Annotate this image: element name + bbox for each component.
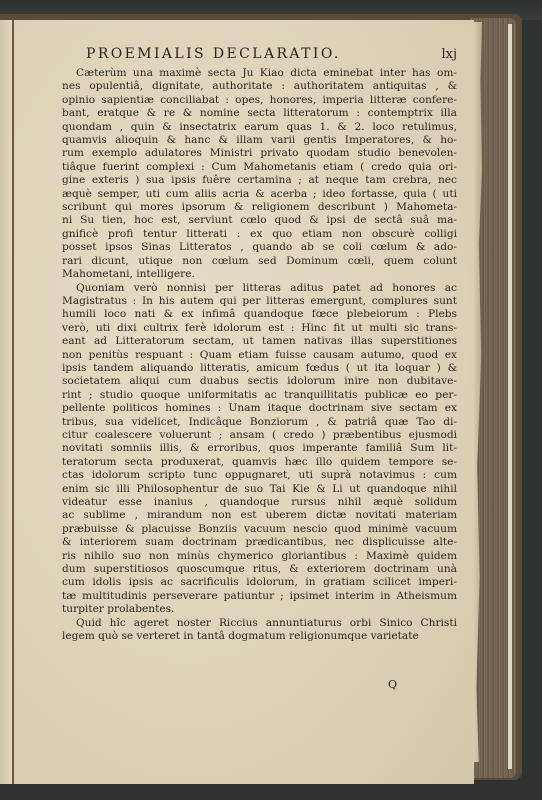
- folio-number: lxj: [441, 47, 457, 62]
- text-line: ac sublime , mirandum non est uberem dic…: [62, 509, 457, 522]
- text-line: ris nihilo suo non minùs chymerico glori…: [62, 550, 457, 563]
- running-head: PROEMIALIS DECLARATIO. lxj: [62, 46, 457, 66]
- text-line: Magistratus : In his autem qui per litte…: [62, 295, 457, 308]
- text-line: novitati somniis illis, & erroribus, quo…: [62, 442, 457, 455]
- text-line: eant ad Litteratorum sectam, ut tamen na…: [62, 335, 457, 348]
- text-line: teratorum secta produxerat, quamvis hæc …: [62, 456, 457, 469]
- text-line: ni Su tien, hoc est, serviunt cœlo quod …: [62, 214, 457, 227]
- text-line: pellente politicos homines : Unam itaque…: [62, 402, 457, 415]
- paragraph: Cæterùm una maximè secta Ju Kiao dicta e…: [62, 67, 457, 282]
- running-head-title: PROEMIALIS DECLARATIO.: [86, 46, 341, 62]
- text-line: legem quò se verteret in tantâ dogmatum …: [62, 630, 457, 643]
- text-line: æquè semper, uti cum aliis acria & acerb…: [62, 188, 457, 201]
- text-line: tiâque fuerint complexi : Cum Mahometani…: [62, 161, 457, 174]
- text-line: posset ipsos Sinas Litteratos , quando a…: [62, 241, 457, 254]
- text-line: ipsis tandem aliquando litteratis, amicu…: [62, 362, 457, 375]
- catchword: Q: [388, 678, 397, 691]
- text-line: nes opulentiâ, dignitate, authoritate : …: [62, 80, 457, 93]
- text-line: bant, eratque & re & nomine secta litter…: [62, 107, 457, 120]
- text-line: enim sic illi Philosophentur de suo Tai …: [62, 483, 457, 496]
- text-line: gnificè profi tentur litterati : ex quo …: [62, 228, 457, 241]
- text-line: dum superstitiosos quoscumque ritus, & e…: [62, 563, 457, 576]
- text-line: humili loco nati & ex infimâ quandoque f…: [62, 308, 457, 321]
- text-line: rari dicunt, utique non cœlum sed Dominu…: [62, 255, 457, 268]
- text-line: citur coalescere voluerunt ; ansam ( cre…: [62, 429, 457, 442]
- paragraph: Quid hîc ageret noster Riccius annuntiat…: [62, 617, 457, 644]
- text-line: rint ; studio quoque uniformitatis ac tr…: [62, 389, 457, 402]
- body-text: Cæterùm una maximè secta Ju Kiao dicta e…: [62, 67, 457, 643]
- text-line: Quid hîc ageret noster Riccius annuntiat…: [62, 617, 457, 630]
- text-line: gine exteris ) sua ipsis fuêre certamina…: [62, 174, 457, 187]
- text-line: cum idolis ipsis ac sacrificulis idoloru…: [62, 576, 457, 589]
- text-line: tribus, sua videlicet, Indicâque Bonzior…: [62, 416, 457, 429]
- text-line: & interiorem suam doctrinam prædicantibu…: [62, 536, 457, 549]
- text-line: non penitùs respuant : Quam etiam fuisse…: [62, 349, 457, 362]
- page-gutter: [0, 20, 14, 785]
- text-line: Quoniam verò nonnisi per litteras aditus…: [62, 282, 457, 295]
- text-line: rum exemplo adulatores Ministri privato …: [62, 147, 457, 160]
- text-line: Mahometani, intelligere.: [62, 268, 457, 281]
- text-line: societatem aliqui cum duabus sectis idol…: [62, 375, 457, 388]
- text-line: opinio sapientiæ conciliabat : opes, hon…: [62, 94, 457, 107]
- text-line: quondam , quin & insectatrix earum quas …: [62, 121, 457, 134]
- text-line: scribunt qui mores ipsorum & religionem …: [62, 201, 457, 214]
- page-edges-white: [508, 24, 512, 769]
- text-line: præbuisse & placuisse Bonziis vacuum nes…: [62, 523, 457, 536]
- text-line: turpiter prolabentes.: [62, 603, 457, 616]
- text-line: Cæterùm una maximè secta Ju Kiao dicta e…: [62, 67, 457, 80]
- text-line: ctas idolorum scripto tunc oppugnaret, u…: [62, 469, 457, 482]
- text-line: verò, uti dixi cultrix ferè idolorum est…: [62, 322, 457, 335]
- text-line: videatur esse inanius , quandoque rursus…: [62, 496, 457, 509]
- text-line: tæ multitudinis perseverare patiuntur ; …: [62, 590, 457, 603]
- paragraph: Quoniam verò nonnisi per litteras aditus…: [62, 282, 457, 617]
- text-line: quamvis alioquin & hanc & illam varii ge…: [62, 134, 457, 147]
- page-text-block: PROEMIALIS DECLARATIO. lxj Cæterùm una m…: [62, 46, 457, 643]
- scan-background-bottom: [0, 784, 542, 800]
